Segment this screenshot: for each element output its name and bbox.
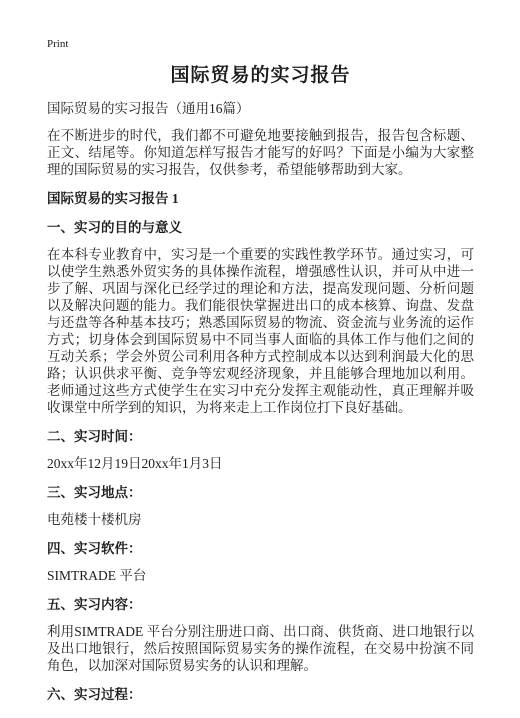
section-2-body: 20xx年12月19日20xx年1月3日 [47,455,474,472]
print-link[interactable]: Print [47,38,474,51]
document: Print 国际贸易的实习报告 国际贸易的实习报告（通用16篇） 在不断进步的时… [0,0,520,703]
section-4-body: SIMTRADE 平台 [47,567,474,584]
section-2-heading: 二、实习时间： [47,428,474,445]
page-title: 国际贸易的实习报告 [47,63,474,88]
section-1-body: 在本科专业教育中，实习是一个重要的实践性教学环节。通过实习，可以使学生熟悉外贸实… [47,246,474,416]
section-1-heading: 一、实习的目的与意义 [47,219,474,236]
report-number-heading: 国际贸易的实习报告 1 [47,190,474,207]
intro-paragraph: 在不断进步的时代，我们都不可避免地要接触到报告，报告包含标题、正文、结尾等。你知… [47,127,474,178]
subtitle: 国际贸易的实习报告（通用16篇） [47,100,474,117]
section-5-heading: 五、实习内容： [47,596,474,613]
section-4-heading: 四、实习软件： [47,540,474,557]
section-6-heading: 六、实习过程： [47,686,474,703]
section-5-body: 利用SIMTRADE 平台分别注册进口商、出口商、供货商、进口地银行以及出口地银… [47,623,474,674]
section-3-body: 电苑楼十楼机房 [47,511,474,528]
page: { "page": { "print_label": "Print", "tit… [0,0,520,718]
section-3-heading: 三、实习地点： [47,484,474,501]
